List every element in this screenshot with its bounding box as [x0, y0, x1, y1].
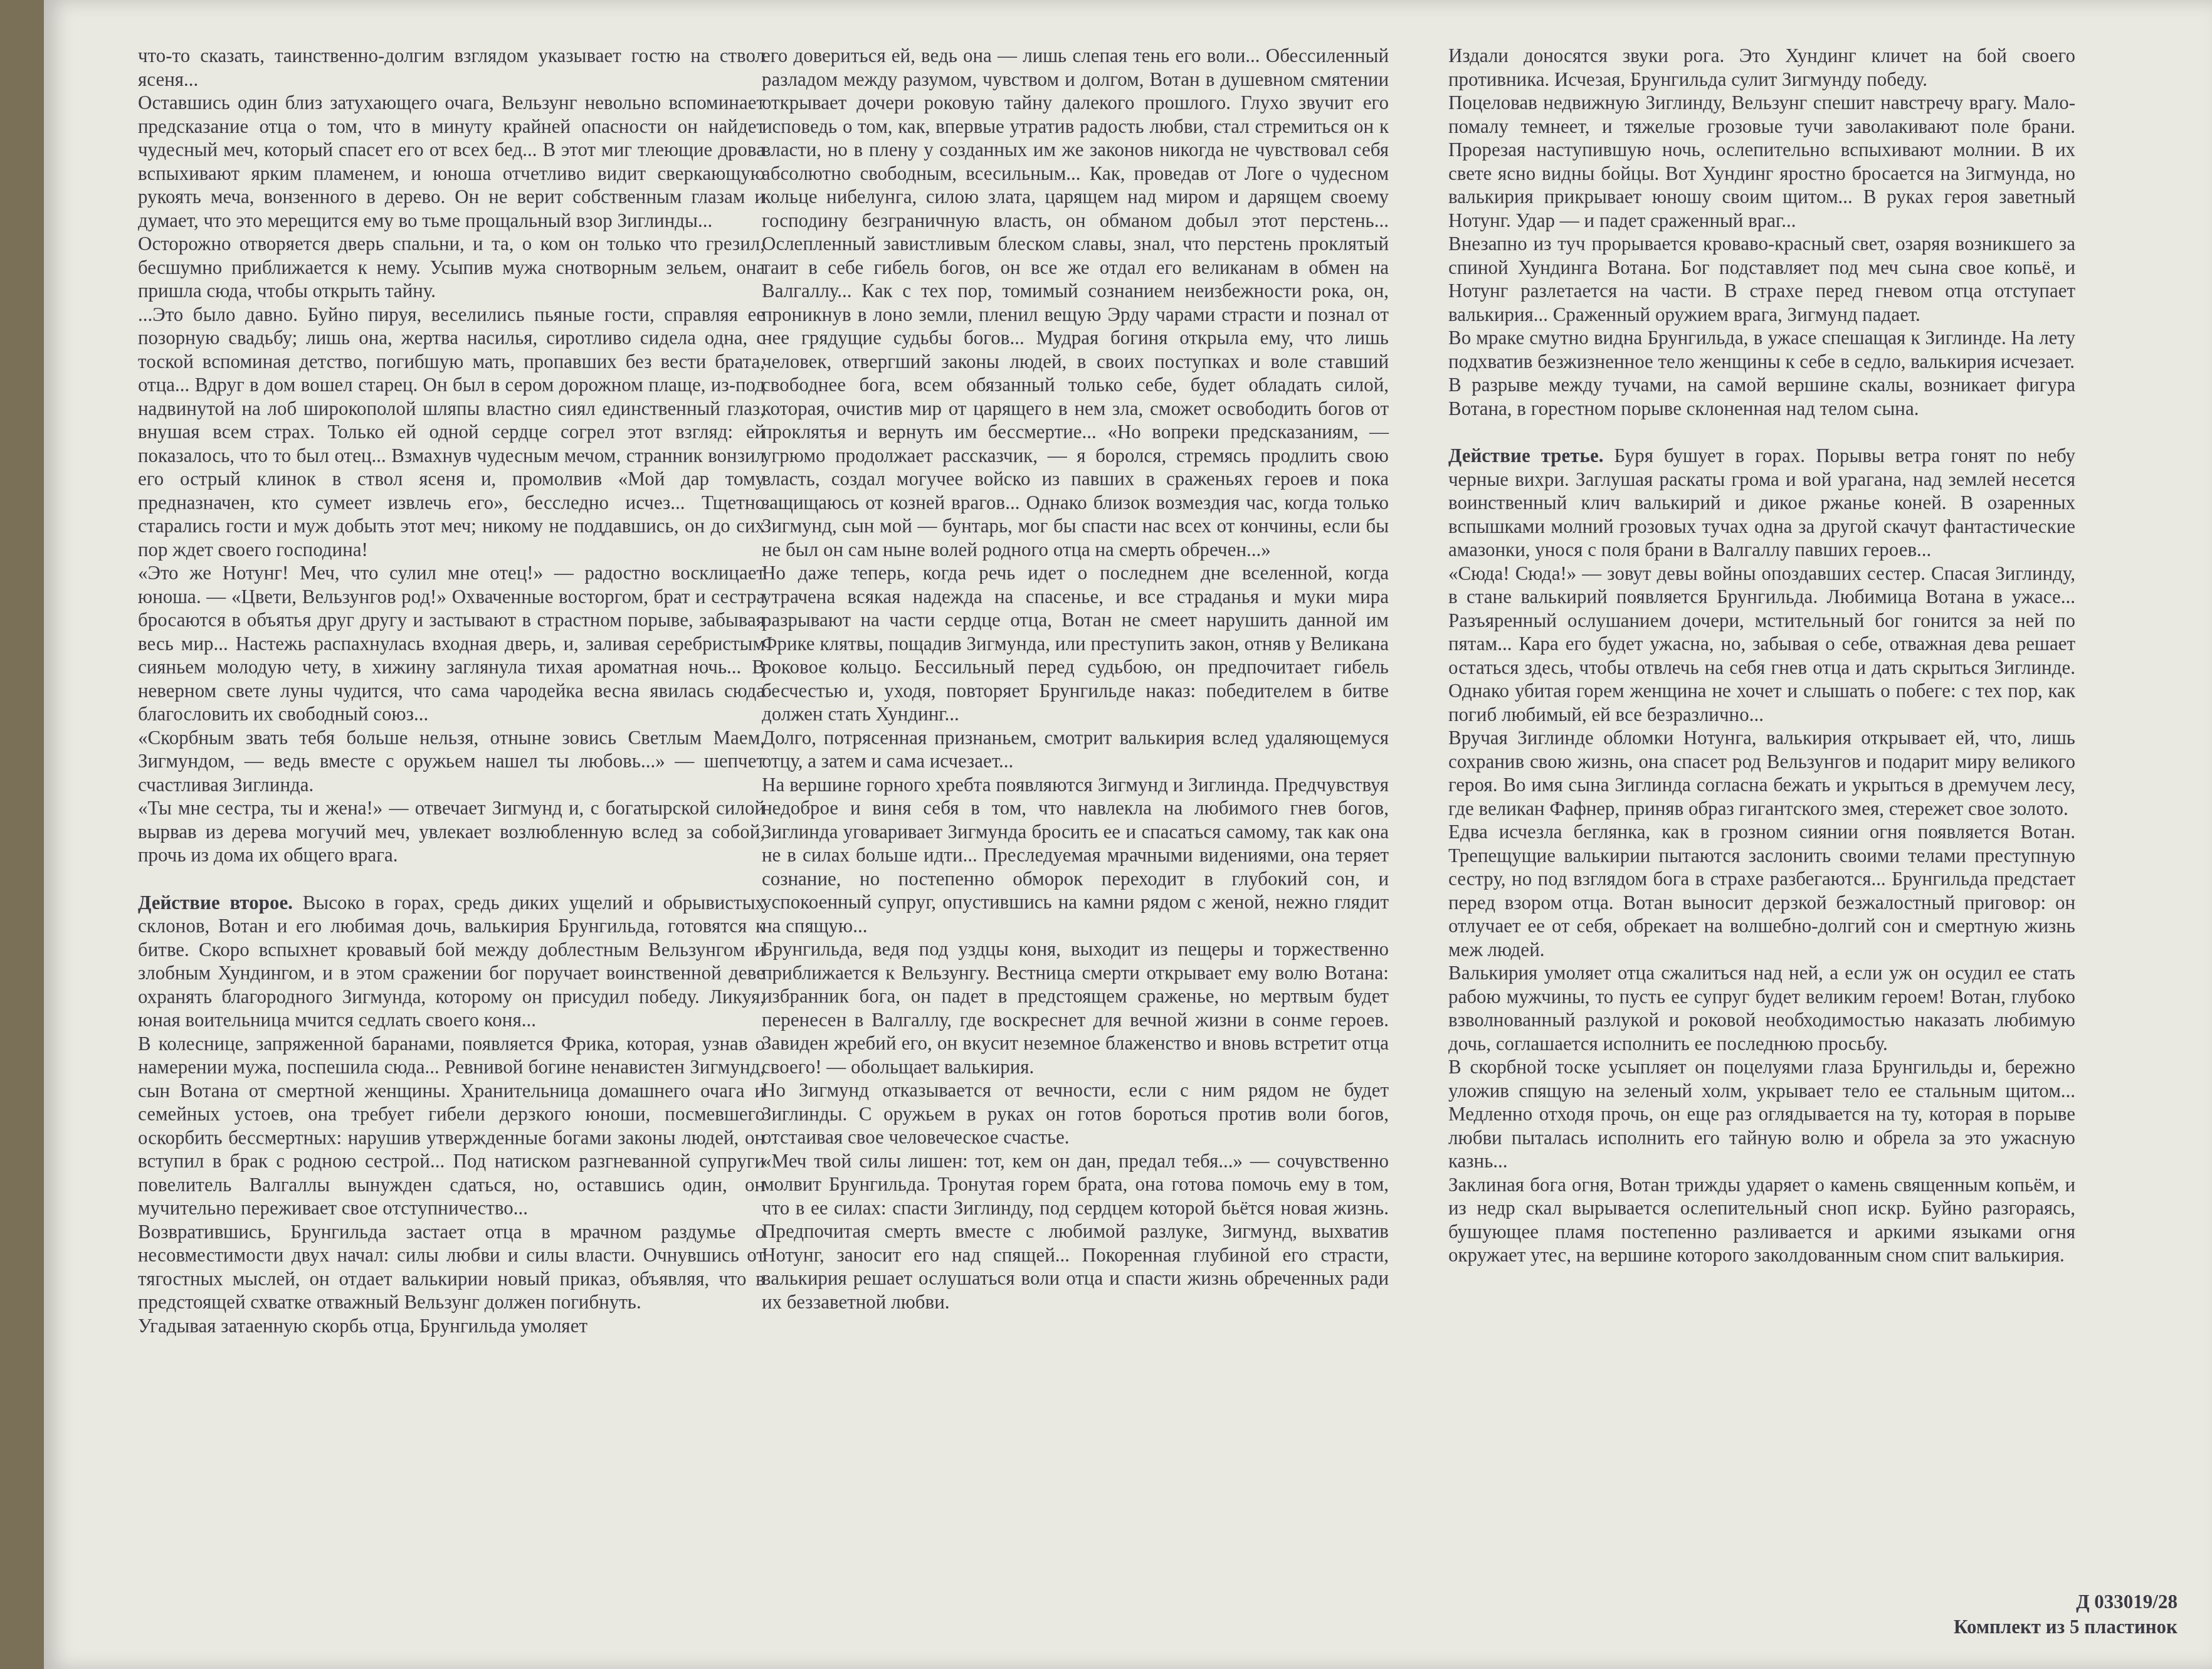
- paragraph: «Это же Нотунг! Меч, что сулил мне отец!…: [138, 561, 765, 726]
- paragraph: Оставшись один близ затухающего очага, В…: [138, 91, 765, 232]
- paragraph: Заклиная бога огня, Вотан трижды ударяет…: [1448, 1173, 2075, 1267]
- paragraph: В разрыве между тучами, на самой вершине…: [1448, 373, 2075, 420]
- paragraph: Но даже теперь, когда речь идет о послед…: [762, 561, 1389, 726]
- paragraph: Поцеловав недвижную Зиглинду, Вельзунг с…: [1448, 91, 2075, 232]
- paragraph: На вершине горного хребта появляются Зиг…: [762, 773, 1389, 938]
- paragraph: «Скорбным звать тебя больше нельзя, отны…: [138, 726, 765, 797]
- paragraph: его довериться ей, ведь она — лишь слепа…: [762, 44, 1389, 561]
- paragraph: Внезапно из туч прорывается кроваво-крас…: [1448, 232, 2075, 326]
- paragraph: В колеснице, запряженной баранами, появл…: [138, 1032, 765, 1220]
- text-column-2: его довериться ей, ведь она — лишь слепа…: [762, 44, 1389, 1314]
- paragraph: «Ты мне сестра, ты и жена!» — отвечает З…: [138, 796, 765, 867]
- paragraph: Но Зигмунд отказывается от вечности, есл…: [762, 1078, 1389, 1149]
- paragraph: Во мраке смутно видна Брунгильда, в ужас…: [1448, 326, 2075, 373]
- paragraph: Брунгильда, ведя под уздцы коня, выходит…: [762, 937, 1389, 1078]
- paragraph: что-то сказать, таинственно-долгим взгля…: [138, 44, 765, 91]
- album-liner-notes-page: что-то сказать, таинственно-долгим взгля…: [44, 0, 2212, 1669]
- catalog-number: Д 033019/28: [1954, 1589, 2178, 1614]
- paragraph: Издали доносятся звуки рога. Это Хундинг…: [1448, 44, 2075, 91]
- paragraph: Возвратившись, Брунгильда застает отца в…: [138, 1220, 765, 1314]
- paragraph: ...Это было давно. Буйно пируя, веселили…: [138, 303, 765, 562]
- section-paragraph: Действие второе. Высоко в горах, средь д…: [138, 891, 765, 1032]
- paragraph: Едва исчезла беглянка, как в грозном сия…: [1448, 820, 2075, 961]
- section-heading: Действие второе.: [138, 892, 293, 913]
- paragraph: Вручая Зиглинде обломки Нотунга, валькир…: [1448, 726, 2075, 820]
- section-paragraph: Действие третье. Буря бушует в горах. По…: [1448, 444, 2075, 562]
- paragraph: «Сюда! Сюда!» — зовут девы войны опоздав…: [1448, 562, 2075, 727]
- paragraph: Осторожно отворяется дверь спальни, и та…: [138, 232, 765, 303]
- footer: Д 033019/28 Комплект из 5 пластинок: [1954, 1589, 2178, 1640]
- text-column-1: что-то сказать, таинственно-долгим взгля…: [138, 44, 765, 1337]
- paragraph: Валькирия умоляет отца сжалиться над ней…: [1448, 961, 2075, 1055]
- section-heading: Действие третье.: [1448, 445, 1604, 466]
- set-note: Комплект из 5 пластинок: [1954, 1614, 2178, 1640]
- paragraph: «Меч твой силы лишен: тот, кем он дан, п…: [762, 1149, 1389, 1314]
- paragraph: Угадывая затаенную скорбь отца, Брунгиль…: [138, 1314, 765, 1338]
- paragraph: Долго, потрясенная признаньем, смотрит в…: [762, 726, 1389, 773]
- text-column-3: Издали доносятся звуки рога. Это Хундинг…: [1448, 44, 2075, 1267]
- paragraph: В скорбной тоске усыпляет он поцелуями г…: [1448, 1055, 2075, 1173]
